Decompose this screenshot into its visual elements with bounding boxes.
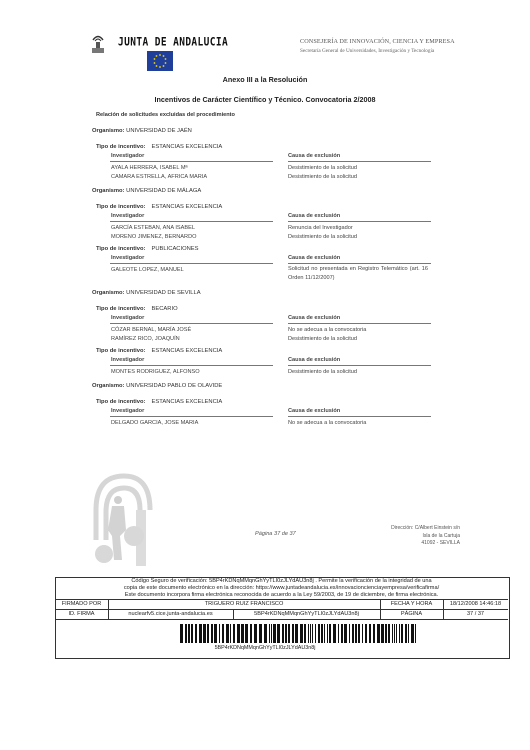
firmado-row: FIRMADO POR TRIGUERO RUIZ FRANCISCO FECH… <box>55 599 508 610</box>
header-rule <box>288 365 431 366</box>
tipo-name: ESTANCIAS EXCELENCIA <box>152 204 223 210</box>
tipo-name: BECARIO <box>152 306 178 312</box>
header-rule <box>110 161 273 162</box>
header-rule <box>288 416 431 417</box>
organismo-label: Organismo: UNIVERSIDAD PABLO DE OLAVIDE <box>92 383 222 389</box>
header-rule <box>288 263 431 264</box>
causa-cell: No se adecua a la convocatoria <box>288 420 366 426</box>
organismo-name: UNIVERSIDAD DE SEVILLA <box>126 290 200 296</box>
causa-header: Causa de exclusión <box>288 153 340 159</box>
consejeria-name: CONSEJERÍA DE INNOVACIÓN, CIENCIA Y EMPR… <box>300 38 455 45</box>
organismo-label: Organismo: UNIVERSIDAD DE SEVILLA <box>92 290 201 296</box>
causa-cell: Desistimiento de la solicitud <box>288 336 357 342</box>
page-number: Página 37 de 37 <box>255 531 296 537</box>
header-rule <box>110 263 273 264</box>
investigador-header: Investigador <box>111 408 144 414</box>
eu-flag-icon <box>147 51 173 71</box>
investigador-header: Investigador <box>111 153 144 159</box>
header-rule <box>288 323 431 324</box>
organismo-name: UNIVERSIDAD DE MÁLAGA <box>126 188 201 194</box>
investigador-cell: MORENO JIMENEZ, BERNARDO <box>111 234 196 240</box>
logo-text: JUNTA DE ANDALUCIA <box>118 36 228 49</box>
causa-cell: Desistimiento de la solicitud <box>288 234 357 240</box>
causa-header: Causa de exclusión <box>288 315 340 321</box>
tipo-incentivo: Tipo de incentivo:ESTANCIAS EXCELENCIA <box>96 144 222 150</box>
tipo-incentivo: Tipo de incentivo:ESTANCIAS EXCELENCIA <box>96 399 222 405</box>
causa-cell: Solicitud no presentada en Registro Tele… <box>288 265 428 282</box>
barcode-icon <box>180 624 416 643</box>
header-rule <box>110 221 273 222</box>
causa-header: Causa de exclusión <box>288 213 340 219</box>
causa-cell: Desistimiento de la solicitud <box>288 174 357 180</box>
header-rule <box>288 221 431 222</box>
tipo-name: PUBLICACIONES <box>152 246 199 252</box>
header-rule <box>110 416 273 417</box>
header-rule <box>288 161 431 162</box>
tipo-name: ESTANCIAS EXCELENCIA <box>152 348 223 354</box>
tipo-incentivo: Tipo de incentivo:PUBLICACIONES <box>96 246 199 252</box>
investigador-header: Investigador <box>111 315 144 321</box>
address-line: 41092 - SEVILLA <box>421 540 460 546</box>
organismo-name: UNIVERSIDAD DE JAÉN <box>126 128 192 134</box>
causa-cell: Desistimiento de la solicitud <box>288 369 357 375</box>
causa-cell: No se adecua a la convocatoria <box>288 327 366 333</box>
tipo-name: ESTANCIAS EXCELENCIA <box>152 399 223 405</box>
tipo-incentivo: Tipo de incentivo:BECARIO <box>96 306 178 312</box>
causa-header: Causa de exclusión <box>288 357 340 363</box>
document-subtitle: Incentivos de Carácter Científico y Técn… <box>0 95 530 104</box>
tipo-incentivo: Tipo de incentivo:ESTANCIAS EXCELENCIA <box>96 204 222 210</box>
causa-cell: Renuncia del Investigador <box>288 225 353 231</box>
andalucia-shield-icon <box>91 34 105 54</box>
investigador-cell: RAMÍREZ RICO, JOAQUÍN <box>111 336 180 342</box>
organismo-label: Organismo: UNIVERSIDAD DE JAÉN <box>92 128 192 134</box>
andalucia-seal-icon <box>90 470 156 570</box>
investigador-header: Investigador <box>111 213 144 219</box>
investigador-cell: GARCÍA ESTEBAN, ANA ISABEL <box>111 225 195 231</box>
section-title: Relación de solicitudes excluidas del pr… <box>96 112 235 118</box>
barcode-text: 5BP4rKDNqMMqnGhYyTLI0zJLYdAU3n8j <box>0 645 530 651</box>
address-line: Isla de la Cartuja <box>422 533 460 539</box>
barcode-divider <box>55 619 508 620</box>
investigador-header: Investigador <box>111 255 144 261</box>
investigador-cell: DELGADO GARCIA, JOSE MARIA <box>111 420 198 426</box>
id-firma-row: ID. FIRMA nuclearfv5.cice.junta-andaluci… <box>55 609 508 620</box>
investigador-cell: CÓZAR BERNAL, MARÍA JOSÉ <box>111 327 191 333</box>
secretaria-name: Secretaría General de Universidades, Inv… <box>300 48 434 54</box>
investigador-cell: CAMARA ESTRELLA, AFRICA MARIA <box>111 174 207 180</box>
annex-title: Anexo III a la Resolución <box>0 75 530 84</box>
organismo-name: UNIVERSIDAD PABLO DE OLAVIDE <box>126 383 222 389</box>
investigador-cell: GALEOTE LOPEZ, MANUEL <box>111 267 184 273</box>
organismo-label: Organismo: UNIVERSIDAD DE MÁLAGA <box>92 188 201 194</box>
header-rule <box>110 323 273 324</box>
investigador-header: Investigador <box>111 357 144 363</box>
causa-cell: Desistimiento de la solicitud <box>288 165 357 171</box>
causa-header: Causa de exclusión <box>288 408 340 414</box>
investigador-cell: AYALA HERRERA, ISABEL Mª <box>111 165 188 171</box>
tipo-name: ESTANCIAS EXCELENCIA <box>152 144 223 150</box>
causa-header: Causa de exclusión <box>288 255 340 261</box>
investigador-cell: MONTES RODRIGUEZ, ALFONSO <box>111 369 200 375</box>
header-rule <box>110 365 273 366</box>
address-line: Dirección: C/Albert Einstein s/n <box>391 525 460 531</box>
tipo-incentivo: Tipo de incentivo:ESTANCIAS EXCELENCIA <box>96 348 222 354</box>
verification-text: Código Seguro de verificación: 5BP4rKDNq… <box>55 578 508 598</box>
